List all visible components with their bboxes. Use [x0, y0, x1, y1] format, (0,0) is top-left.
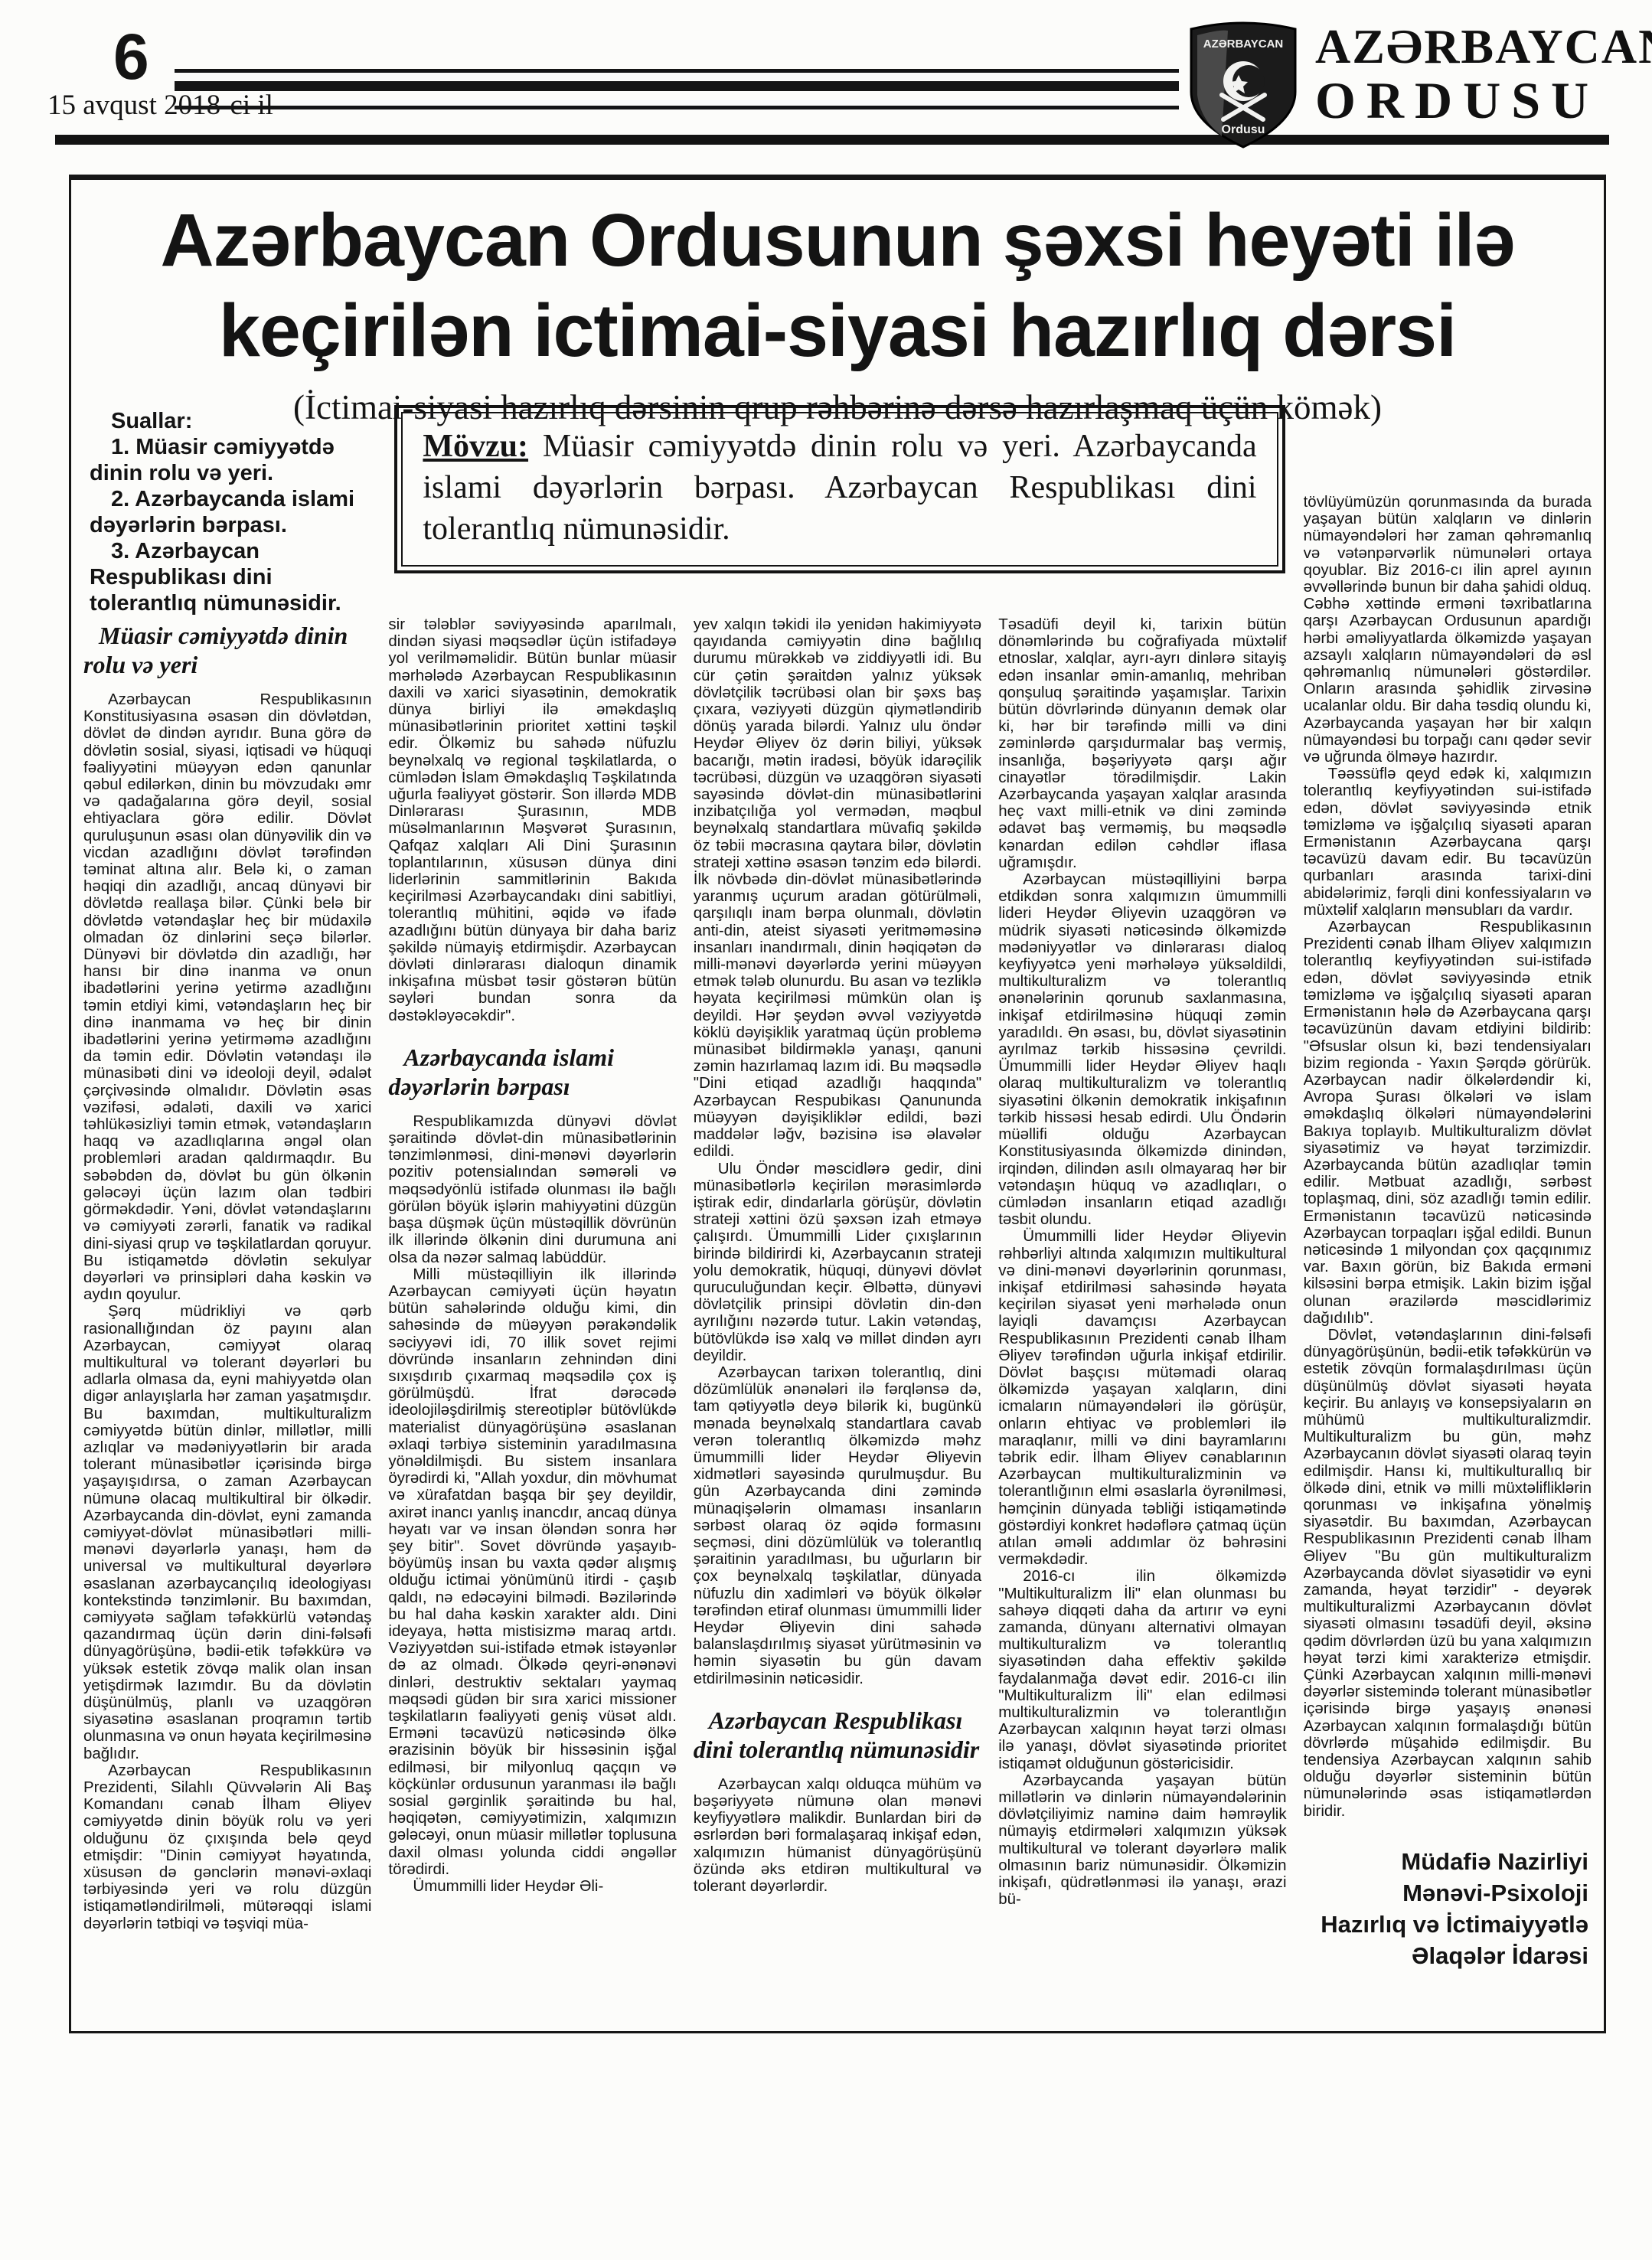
masthead-title-line1: AZƏRBAYCAN: [1315, 21, 1652, 72]
article-frame: Azərbaycan Ordusunun şəxsi heyəti ilə ke…: [69, 175, 1606, 2033]
topic-label: Mövzu:: [423, 429, 528, 464]
body-paragraph: Milli müstəqilliyin ilk illərində Azərba…: [388, 1266, 676, 1878]
signature-line: Hazırlıq və İctimaiyyətlə: [1304, 1909, 1588, 1940]
body-paragraph: Təəssüflə qeyd edək ki, xalqımızın toler…: [1304, 766, 1592, 919]
text-column-3: yev xalqın təkidi ilə yenidən hakimiyyət…: [694, 616, 981, 2019]
topic-text: Müasir cəmiyyətdə dinin rolu və yeri. Az…: [423, 429, 1256, 547]
newspaper-page: 6 15 avqust 2018-ci il AZƏRBAYCAN Ordusu…: [0, 0, 1652, 2260]
army-shield-emblem-icon: AZƏRBAYCAN Ordusu: [1185, 21, 1301, 154]
body-paragraph: Ümummilli lider Heydər Əli-: [388, 1878, 676, 1895]
header-rule-thin-top: [175, 69, 1179, 73]
body-paragraph: yev xalqın təkidi ilə yenidən hakimiyyət…: [694, 616, 981, 1161]
article-body: Suallar: 1. Müasir cəmiyyətdə dinin rolu…: [83, 403, 1592, 2019]
body-paragraph: tövlüyümüzün qorunmasında da burada yaşa…: [1304, 494, 1592, 766]
body-paragraph: Şərq müdrikliyi və qərb rasionallığından…: [83, 1303, 371, 1762]
question-item: 3. Azərbaycan Respublikası dini tolerant…: [90, 538, 371, 616]
signature-line: Mənəvi-Psixoloji: [1304, 1877, 1588, 1909]
body-paragraph: Azərbaycan Respublikasının Prezidenti cə…: [1304, 919, 1592, 1327]
header-rule-thick: [175, 81, 1179, 91]
body-paragraph: Respublikamızda dünyəvi dövlət şəraitind…: [388, 1113, 676, 1266]
section-subheading: Azərbaycan Respublikası dini tolerantlıq…: [694, 1706, 981, 1764]
text-column-5-flow: tövlüyümüzün qorunmasında da burada yaşa…: [1304, 494, 1592, 1820]
body-paragraph: Ümummilli lider Heydər Əliyevin rəhbərli…: [998, 1228, 1286, 1568]
body-paragraph: Azərbaycan müstəqilliyini bərpa etdikdən…: [998, 871, 1286, 1228]
question-item: 2. Azərbaycanda islami dəyərlərin bərpas…: [90, 486, 371, 538]
body-paragraph: Ulu Öndər məscidlərə gedir, dini münasib…: [694, 1161, 981, 1364]
body-paragraph: 2016-cı ilin ölkəmizdə "Multikulturalizm…: [998, 1568, 1286, 1772]
header-rule-thin-bottom: [175, 106, 1179, 109]
body-paragraph: Azərbaycan tarixən tolerantlıq, dini döz…: [694, 1364, 981, 1687]
body-paragraph: sir tələblər səviyyəsində aparılmalı, di…: [388, 616, 676, 1024]
page-number: 6: [113, 20, 150, 94]
signature-line: Əlaqələr İdarəsi: [1304, 1940, 1588, 1971]
question-item: 1. Müasir cəmiyyətdə dinin rolu və yeri.: [90, 434, 371, 486]
topic-box: Mövzu: Müasir cəmiyyətdə dinin rolu və y…: [394, 405, 1285, 573]
section-subheading: Azərbaycanda islami dəyərlərin bərpası: [388, 1043, 676, 1101]
body-paragraph: Dövlət, vətəndaşlarının dini-fəlsəfi dün…: [1304, 1327, 1592, 1820]
signature-block: Müdafiə Nazirliyi Mənəvi-Psixoloji Hazır…: [1304, 1846, 1592, 1971]
body-paragraph: Təsadüfi deyil ki, tarixin bütün dönəmlə…: [998, 616, 1286, 871]
questions-block: Suallar: 1. Müasir cəmiyyətdə dinin rolu…: [83, 403, 371, 616]
section-subheading: Müasir cəmiyyətdə dinin rolu və yeri: [83, 621, 371, 679]
body-paragraph: Azərbaycan Respublikasının Konstitusiyas…: [83, 691, 371, 1303]
body-paragraph: Azərbaycan Respublikasının Prezidenti, S…: [83, 1762, 371, 1932]
questions-label: Suallar:: [90, 408, 371, 434]
text-column-2: sir tələblər səviyyəsində aparılmalı, di…: [388, 616, 676, 2019]
body-paragraph: Azərbaycanda yaşayan bütün millətlərin v…: [998, 1772, 1286, 1909]
signature-line: Müdafiə Nazirliyi: [1304, 1846, 1588, 1877]
masthead-title: AZƏRBAYCAN ORDUSU: [1315, 21, 1652, 129]
body-paragraph: Azərbaycan xalqı olduqca mühüm və bəşəri…: [694, 1776, 981, 1895]
svg-text:Ordusu: Ordusu: [1222, 123, 1265, 136]
text-column-4: Təsadüfi deyil ki, tarixin bütün dönəmlə…: [998, 616, 1286, 2019]
topic-box-inner: Mövzu: Müasir cəmiyyətdə dinin rolu və y…: [401, 412, 1278, 567]
masthead-title-line2: ORDUSU: [1315, 72, 1652, 129]
svg-text:AZƏRBAYCAN: AZƏRBAYCAN: [1203, 38, 1284, 51]
text-column-5: tövlüyümüzün qorunmasında da burada yaşa…: [1304, 403, 1592, 2019]
masthead: AZƏRBAYCAN Ordusu AZƏRBAYCAN ORDUSU: [1185, 21, 1652, 154]
article-headline: Azərbaycan Ordusunun şəxsi heyəti ilə ke…: [79, 195, 1596, 376]
text-column-1: Müasir cəmiyyətdə dinin rolu və yeriAzər…: [83, 616, 371, 2019]
